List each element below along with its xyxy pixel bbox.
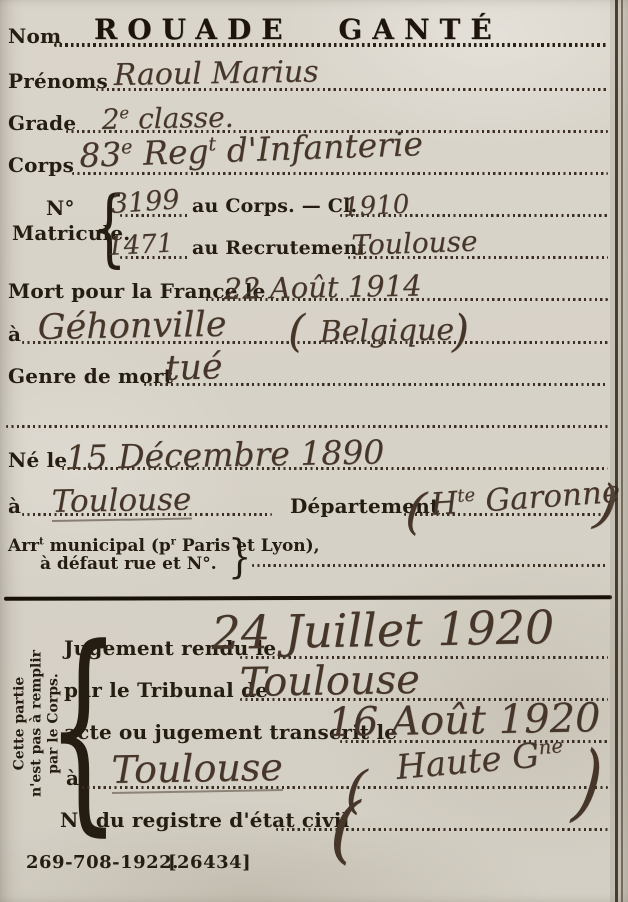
dotted-line (6, 425, 608, 428)
field-label-a-naissance: à (8, 494, 21, 518)
prenoms-value: Raoul Marius (113, 54, 319, 93)
scan-edge-line (621, 0, 623, 902)
matricule-recrutement-place: Toulouse (351, 225, 478, 262)
close-paren: ) (452, 310, 469, 354)
matricule-classe-value: 1910 (342, 190, 410, 223)
registre-open-paren: ( (328, 791, 361, 866)
field-label-arrondissement-line1: Arrt municipal (pr Paris et Lyon), (8, 536, 320, 556)
print-reference-code: 269-708-1922. (26, 852, 179, 873)
scan-edge-shade (610, 0, 628, 902)
mort-lieu-detail: Belgique (319, 313, 454, 350)
field-label-ne-le: Né le (8, 448, 67, 472)
field-label-corps: Corps (8, 153, 74, 177)
mort-date-value: 22 Août 1914 (223, 269, 421, 306)
field-label-matricule-no: N° (46, 196, 75, 220)
scan-edge-line (615, 0, 618, 902)
field-label-prenoms: Prénoms (8, 69, 108, 93)
open-paren: ( (403, 485, 428, 537)
print-bracket-code: [26434] (168, 852, 251, 873)
field-label-tribunal: par le Tribunal de (64, 678, 268, 702)
naissance-date-value: 15 Décembre 1890 (65, 432, 384, 477)
mort-lieu-value: Géhonville (37, 305, 227, 348)
field-label-a-transcription: à (66, 766, 79, 790)
arrondissement-brace: } (228, 533, 251, 579)
open-paren: ( (288, 310, 305, 354)
nom-value: ROUADE GANTÉ (94, 13, 502, 46)
genre-mort-value: tué (165, 347, 224, 389)
matricule-row2-printed: au Recrutement (192, 237, 366, 259)
field-label-a-mort: à (8, 322, 21, 346)
field-label-arrondissement-line2: à défaut rue et N°. (40, 554, 217, 574)
close-paren: ) (570, 739, 607, 828)
dotted-line (276, 828, 608, 831)
dotted-line (252, 564, 608, 567)
scanned-death-record-card: Nom ROUADE GANTÉ Prénoms Raoul Marius Gr… (0, 0, 628, 902)
transcription-lieu-value: Toulouse (111, 745, 283, 794)
naissance-lieu-value: Toulouse (51, 482, 191, 522)
jugement-date-value: 24 Juillet 1920 (211, 600, 555, 660)
matricule-row1-printed: au Corps. — Cl. (192, 195, 357, 217)
matricule-corps-value: 3199 (110, 184, 181, 220)
matricule-recrutement-number: 1471 (106, 229, 174, 262)
